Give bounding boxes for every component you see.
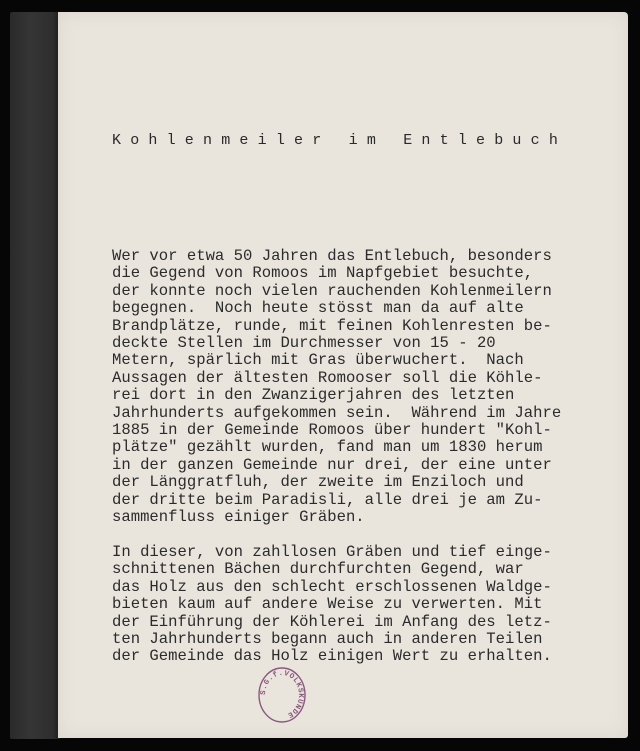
paragraph-2: In dieser, von zahllosen Gräben und tief… [112,544,612,666]
text-line: der Einführung der Köhlerei im Anfang de… [112,614,612,631]
text-line: plätze" gezählt wurden, fand man um 1830… [112,439,612,456]
text-line: bieten kaum auf andere Weise zu verwerte… [112,596,612,613]
text-line: Jahrhunderts aufgekommen sein. Während i… [112,405,612,422]
text-line: deckte Stellen im Durchmesser von 15 - 2… [112,335,612,352]
text-line: 1885 in der Gemeinde Romoos über hundert… [112,422,612,439]
stamp-graphic: S.G.f.VOLKSKUNDE [257,666,307,724]
book-binding [10,12,60,739]
text-line: in der ganzen Gemeinde nur drei, der ein… [112,457,612,474]
text-line: die Gegend von Romoos im Napfgebiet besu… [112,265,612,282]
text-line: Metern, spärlich mit Gras überwuchert. N… [112,352,612,369]
stamp-text: S.G.f.VOLKSKUNDE [260,670,304,719]
text-line: sammenfluss einiger Gräben. [112,509,612,526]
text-line: In dieser, von zahllosen Gräben und tief… [112,544,612,561]
document-page: Kohlenmeiler im Entlebuch Wer vor etwa 5… [58,12,628,738]
text-line: das Holz aus den schlecht erschlossenen … [112,579,612,596]
text-line: der Länggratfluh, der zweite im Enziloch… [112,474,612,491]
text-line: Wer vor etwa 50 Jahren das Entlebuch, be… [112,248,612,265]
text-line: begegnen. Noch heute stösst man da auf a… [112,300,612,317]
text-line: schnittenen Bächen durchfurchten Gegend,… [112,561,612,578]
text-line: Aussagen der ältesten Romooser soll die … [112,370,612,387]
document-body: Wer vor etwa 50 Jahren das Entlebuch, be… [112,248,612,683]
text-line: rei dort in den Zwanzigerjahren des letz… [112,387,612,404]
document-title: Kohlenmeiler im Entlebuch [112,132,567,149]
text-line: ten Jahrhunderts begann auch in anderen … [112,631,612,648]
text-line: der Gemeinde das Holz einigen Wert zu er… [112,648,612,665]
paragraph-1: Wer vor etwa 50 Jahren das Entlebuch, be… [112,248,612,527]
document-scan: Kohlenmeiler im Entlebuch Wer vor etwa 5… [0,0,640,751]
library-stamp-icon: S.G.f.VOLKSKUNDE [257,666,307,724]
svg-text:S.G.f.VOLKSKUNDE: S.G.f.VOLKSKUNDE [260,670,304,719]
text-line: der konnte noch vielen rauchenden Kohlen… [112,283,612,300]
text-line: Brandplätze, runde, mit feinen Kohlenres… [112,318,612,335]
text-line: der dritte beim Paradisli, alle drei je … [112,492,612,509]
